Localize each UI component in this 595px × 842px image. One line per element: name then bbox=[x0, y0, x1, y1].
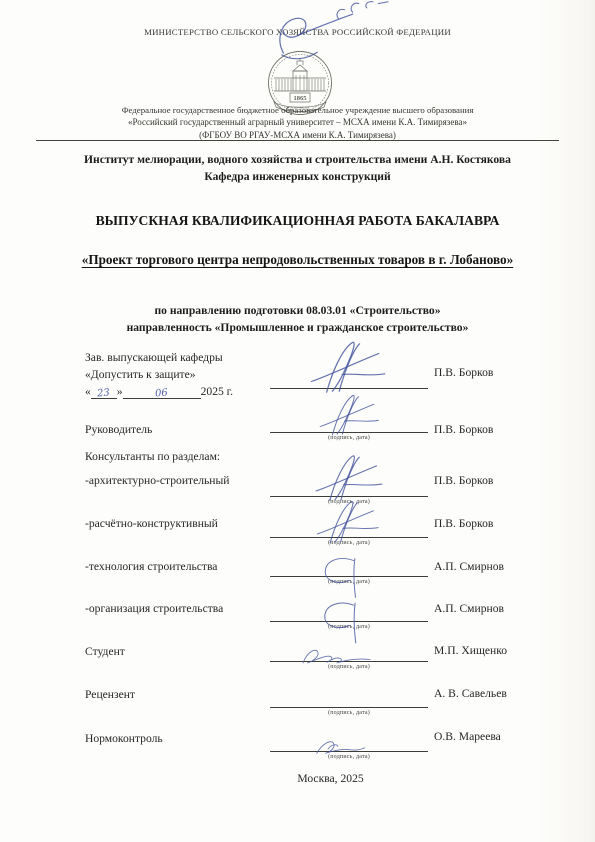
signature-caption: (подпись, дата) bbox=[270, 664, 428, 670]
signature-caption: (подпись, дата) bbox=[270, 499, 428, 505]
row-label: -архитектурно-строительный bbox=[85, 474, 230, 487]
signature-caption: (подпись, дата) bbox=[270, 579, 428, 585]
signature-ink-borkov bbox=[293, 498, 401, 546]
program-profile-line: направленность «Промышленное и гражданск… bbox=[0, 321, 595, 334]
row-label: Рецензент bbox=[85, 688, 135, 701]
institute-line: Институт мелиорации, водного хозяйства и… bbox=[0, 153, 595, 166]
signature-line bbox=[270, 432, 428, 433]
thesis-title-text: «Проект торгового центра непродовольстве… bbox=[82, 246, 513, 273]
signature-line bbox=[270, 751, 428, 752]
signature-ink-smirnov bbox=[308, 598, 382, 646]
consultants-heading: Консультанты по разделам: bbox=[85, 450, 220, 463]
row-label: Студент bbox=[85, 645, 125, 658]
row-name: П.В. Борков bbox=[434, 423, 493, 436]
row-name: А. В. Савельев bbox=[434, 687, 507, 700]
signature-caption: (подпись, дата) bbox=[270, 540, 428, 546]
row-label: Нормоконтроль bbox=[85, 732, 163, 745]
signature-line bbox=[270, 576, 428, 577]
approval-name: П.В. Борков bbox=[434, 366, 493, 379]
row-name: П.В. Борков bbox=[434, 474, 493, 487]
date-day-handwritten: 23 bbox=[97, 387, 111, 399]
row-name: П.В. Борков bbox=[434, 517, 493, 530]
signature-line bbox=[270, 388, 428, 389]
row-label: -организация строительства bbox=[85, 602, 223, 615]
footer-city-year: Москва, 2025 bbox=[33, 772, 595, 785]
row-label: -технология строительства bbox=[85, 560, 217, 573]
work-type-title: ВЫПУСКНАЯ КВАЛИФИКАЦИОННАЯ РАБОТА БАКАЛА… bbox=[0, 213, 595, 229]
ministry-line: МИНИСТЕРСТВО СЕЛЬСКОГО ХОЗЯЙСТВА РОССИЙС… bbox=[0, 27, 595, 37]
date-month-handwritten: 06 bbox=[155, 387, 169, 399]
signature-caption: (подпись, дата) bbox=[270, 754, 428, 760]
signature-line bbox=[270, 707, 428, 708]
signature-line bbox=[270, 621, 428, 622]
emblem-year: 1865 bbox=[294, 95, 308, 102]
row-name: М.П. Хищенко bbox=[434, 644, 507, 657]
row-name: О.В. Мареева bbox=[434, 730, 501, 743]
signature-caption: (подпись, дата) bbox=[270, 435, 428, 441]
date-year: 2025 г. bbox=[201, 385, 233, 398]
date-month-blank: 06 bbox=[123, 385, 201, 399]
signature-caption: (подпись, дата) bbox=[270, 710, 428, 716]
date-day-blank: 23 bbox=[91, 385, 117, 399]
thesis-title: «Проект торгового центра непродовольстве… bbox=[0, 246, 595, 273]
signature-line bbox=[270, 496, 428, 497]
signature-caption: (подпись, дата) bbox=[270, 624, 428, 630]
signature-line bbox=[270, 537, 428, 538]
row-name: А.П. Смирнов bbox=[434, 602, 504, 615]
row-label: -расчётно-конструктивный bbox=[85, 517, 218, 530]
divider-rule bbox=[36, 140, 559, 141]
approval-position-line: Зав. выпускающей кафедры bbox=[85, 351, 223, 364]
scanned-title-page: МИНИСТЕРСТВО СЕЛЬСКОГО ХОЗЯЙСТВА РОССИЙС… bbox=[0, 0, 595, 842]
row-label: Руководитель bbox=[85, 423, 152, 436]
department-line: Кафедра инженерных конструкций bbox=[0, 170, 595, 183]
row-name: А.П. Смирнов bbox=[434, 560, 504, 573]
program-direction-line: по направлению подготовки 08.03.01 «Стро… bbox=[0, 304, 595, 317]
signature-ink-smirnov bbox=[308, 554, 382, 600]
founder-line: Федеральное государственное бюджетное об… bbox=[0, 104, 595, 116]
founder-block: Федеральное государственное бюджетное об… bbox=[0, 104, 595, 141]
approval-permit-line: «Допустить к защите» bbox=[85, 368, 196, 381]
approval-date-line: «23»062025 г. bbox=[85, 385, 233, 399]
founder-line: «Российский государственный аграрный уни… bbox=[0, 116, 595, 128]
signature-line bbox=[270, 661, 428, 662]
